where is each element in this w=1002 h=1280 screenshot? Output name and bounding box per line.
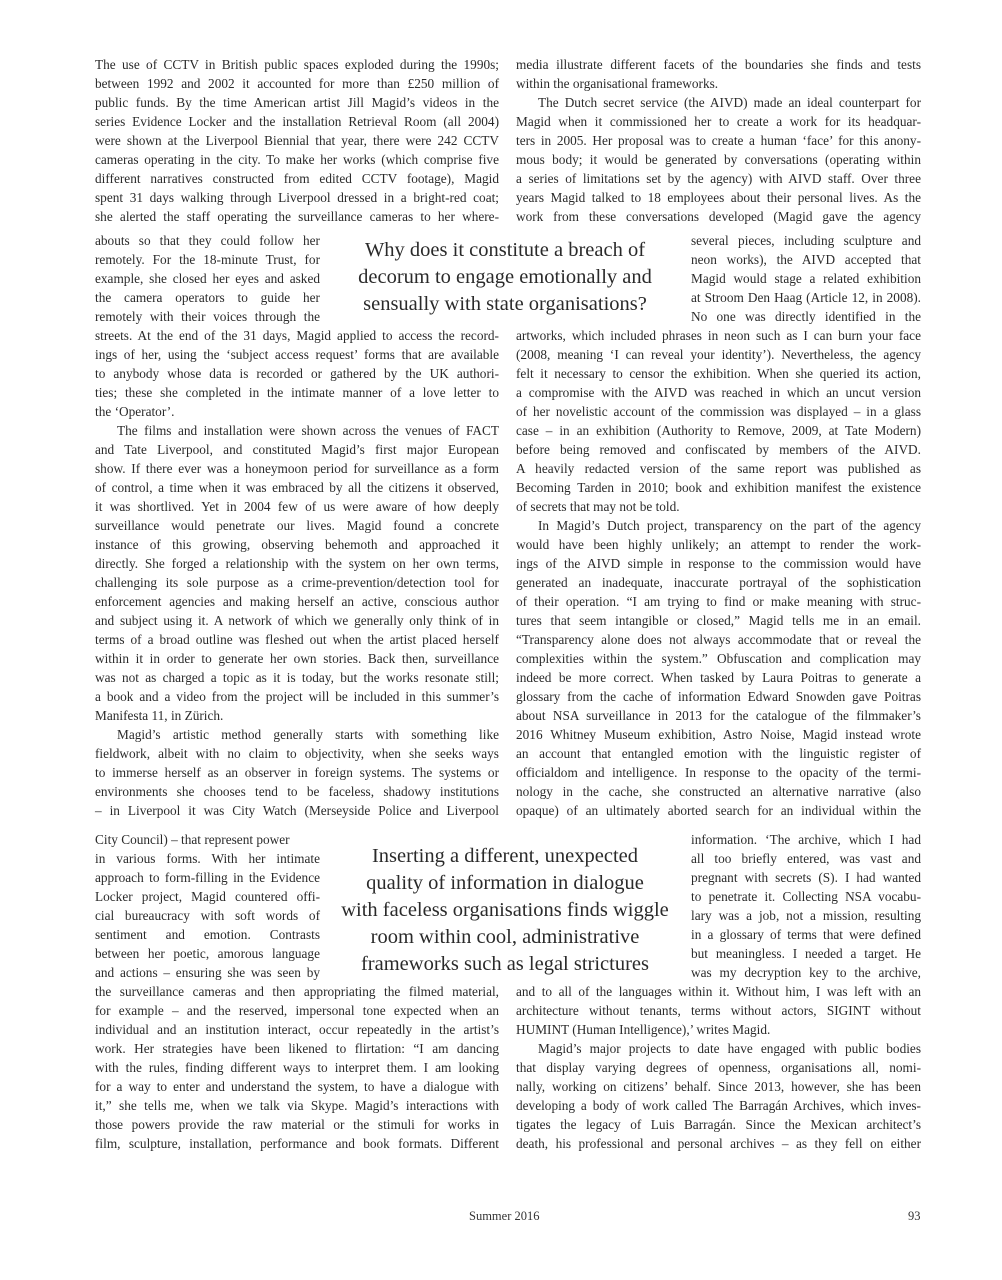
text-line: cial bureaucracy with soft words of (95, 906, 320, 925)
text-line: for example – and the reserved, imperson… (95, 1001, 499, 1020)
text-line: and to all of the languages within it. W… (516, 982, 921, 1001)
text-line: ings of the AIVD simple in response to t… (516, 554, 921, 573)
text-line: the ‘Operator’. (95, 402, 499, 421)
text-line: an account that entangled emotion with t… (516, 744, 921, 763)
text-line: of her novelistic account of the commiss… (516, 402, 921, 421)
text-line: fieldwork, albeit with no claim to objec… (95, 744, 499, 763)
text-line: remotely with their voices through the (95, 307, 320, 326)
text-line: sentiment and emotion. Contrasts (95, 925, 320, 944)
text-line: work from these conversations developed … (516, 207, 921, 226)
text-line: was my decryption key to the archive, (691, 963, 921, 982)
text-line: before being removed and confiscated by … (516, 440, 921, 459)
text-line: Magid’s artistic method generally starts… (95, 725, 499, 744)
pull-quote: Inserting a different, unexpectedquality… (330, 843, 680, 978)
text-line: pregnant with secrets (S). I had wanted (691, 868, 921, 887)
text-line: No one was directly identified in the (691, 307, 921, 326)
text-line: of control, a time when it was embraced … (95, 478, 499, 497)
footer-issue: Summer 2016 (469, 1209, 539, 1224)
text-line: The Dutch secret service (the AIVD) made… (516, 93, 921, 112)
pull-quote-line: quality of information in dialogue (330, 870, 680, 897)
text-line: complexities within the system.” Obfusca… (516, 649, 921, 668)
text-line: mous body; it would be generated by conv… (516, 150, 921, 169)
pull-quote-line: frameworks such as legal strictures (330, 951, 680, 978)
text-line: challenging its sole purpose as a crime-… (95, 573, 499, 592)
text-line: in a glossary of terms that were defined (691, 925, 921, 944)
text-line: media illustrate different facets of the… (516, 55, 921, 74)
text-line: A heavily redacted version of the same r… (516, 459, 921, 478)
text-line: series Evidence Locker and the installat… (95, 112, 499, 131)
text-line: remotely. For the 18-minute Trust, for (95, 250, 320, 269)
pull-quote-line: Inserting a different, unexpected (330, 843, 680, 870)
text-line: – in Liverpool it was City Watch (Mersey… (95, 801, 499, 820)
text-line: all too briefly entered, was vast and (691, 849, 921, 868)
text-line: enforcement agencies and making herself … (95, 592, 499, 611)
text-line: of secrets that may not be told. (516, 497, 921, 516)
text-line: in various forms. With her intimate (95, 849, 320, 868)
text-line: felt it necessary to censor the exhibiti… (516, 364, 921, 383)
text-line: instance of this growing, observing behe… (95, 535, 499, 554)
text-line: Becoming Tarden in 2010; book and exhibi… (516, 478, 921, 497)
text-line: Locker project, Magid countered offi- (95, 887, 320, 906)
text-line: “Transparency alone does not always acco… (516, 630, 921, 649)
text-line: to penetrate it. Collecting NSA vocabu- (691, 887, 921, 906)
text-line: cameras operating in the city. To make h… (95, 150, 499, 169)
text-line: example, she closed her eyes and asked (95, 269, 320, 288)
text-line: a book and a video from the project will… (95, 687, 499, 706)
text-line: it was shortlived. Yet in 2004 few of us… (95, 497, 499, 516)
text-line: developing a body of work called The Bar… (516, 1096, 921, 1115)
text-line: directly. She forged a relationship with… (95, 554, 499, 573)
text-line: spent 31 days walking through Liverpool … (95, 188, 499, 207)
text-line: ters in 2005. Her proposal was to create… (516, 131, 921, 150)
text-line: would have been highly unlikely; an atte… (516, 535, 921, 554)
text-line: indeed be more correct. When tasked by L… (516, 668, 921, 687)
text-line: was not as charged a topic as it is toda… (95, 668, 499, 687)
text-line: between her poetic, amorous language (95, 944, 320, 963)
pull-quote-line: with faceless organisations finds wiggle (330, 897, 680, 924)
text-line: 2016 Whitney Museum exhibition, Astro No… (516, 725, 921, 744)
text-line: a series of limitations set by the agenc… (516, 169, 921, 188)
text-line: lary was a job, not a mission, resulting (691, 906, 921, 925)
text-line: show. If there ever was a honeymoon peri… (95, 459, 499, 478)
text-line: different narratives constructed from ed… (95, 169, 499, 188)
text-line: with the rules, finding different ways t… (95, 1058, 499, 1077)
text-line: the surveillance cameras and then approp… (95, 982, 499, 1001)
text-line: information. ‘The archive, which I had (691, 830, 921, 849)
text-line: about NSA surveillance in 2013 for the c… (516, 706, 921, 725)
pull-quote-line: Why does it constitute a breach of (335, 237, 675, 264)
text-line: and subject using it. A network of which… (95, 611, 499, 630)
text-line: In Magid’s Dutch project, transparency o… (516, 516, 921, 535)
text-line: glossary from the cache of information E… (516, 687, 921, 706)
text-line: Magid when it commissioned her to create… (516, 112, 921, 131)
text-line: but meaningless. I needed a target. He (691, 944, 921, 963)
text-line: and actions – ensuring she was seen by (95, 963, 320, 982)
text-line: opaque) of an ultimately aborted search … (516, 801, 921, 820)
text-line: environments she chooses tend to be face… (95, 782, 499, 801)
text-line: several pieces, including sculpture and (691, 231, 921, 250)
text-line: public funds. By the time American artis… (95, 93, 499, 112)
text-line: architecture without tenants, terms with… (516, 1001, 921, 1020)
text-line: streets. At the end of the 31 days, Magi… (95, 326, 499, 345)
text-line: it,” she tells me, when we talk via Skyp… (95, 1096, 499, 1115)
text-line: and Tate Liverpool, and constituted Magi… (95, 440, 499, 459)
text-line: The films and installation were shown ac… (95, 421, 499, 440)
footer-page-number: 93 (908, 1209, 921, 1224)
text-line: for a way to enter and understand the sy… (95, 1077, 499, 1096)
text-line: nally, working on citizens’ behalf. Sinc… (516, 1077, 921, 1096)
text-line: approach to form-filling in the Evidence (95, 868, 320, 887)
text-line: were shown at the Liverpool Biennial tha… (95, 131, 499, 150)
text-line: (2008, meaning ‘I can reveal your identi… (516, 345, 921, 364)
text-line: the camera operators to guide her (95, 288, 320, 307)
text-line: artworks, which included phrases in neon… (516, 326, 921, 345)
text-line: nology in the cache, she constructed an … (516, 782, 921, 801)
text-line: those powers provide the raw material or… (95, 1115, 499, 1134)
text-line: within the organisational frameworks. (516, 74, 921, 93)
text-line: film, sculpture, installation, performan… (95, 1134, 499, 1153)
pull-quote: Why does it constitute a breach ofdecoru… (335, 237, 675, 318)
text-line: HUMINT (Human Intelligence),’ writes Mag… (516, 1020, 921, 1039)
text-line: Magid would stage a related exhibition (691, 269, 921, 288)
pull-quote-line: decorum to engage emotionally and (335, 264, 675, 291)
text-line: to immerse herself as an observer in for… (95, 763, 499, 782)
text-line: case – in an exhibition (Authority to Re… (516, 421, 921, 440)
text-line: generated an inadequate, inaccurate port… (516, 573, 921, 592)
pull-quote-line: sensually with state organisations? (335, 291, 675, 318)
text-line: terms of a broad outline was fleshed out… (95, 630, 499, 649)
text-line: surveillance would penetrate our lives. … (95, 516, 499, 535)
text-line: death, his professional and personal arc… (516, 1134, 921, 1153)
text-line: ings of her, using the ‘subject access r… (95, 345, 499, 364)
text-line: individual and an institution interact, … (95, 1020, 499, 1039)
text-line: at Stroom Den Haag (Article 12, in 2008)… (691, 288, 921, 307)
text-line: years Magid talked to 18 employees about… (516, 188, 921, 207)
text-line: work. Her strategies have been likened t… (95, 1039, 499, 1058)
text-line: Manifesta 11, in Zürich. (95, 706, 499, 725)
text-line: tigates the legacy of Luis Barragán. Sin… (516, 1115, 921, 1134)
text-line: abouts so that they could follow her (95, 231, 320, 250)
text-line: she alerted the staff operating the surv… (95, 207, 499, 226)
text-line: officialdom and intelligence. In respons… (516, 763, 921, 782)
text-line: neon works), the AIVD accepted that (691, 250, 921, 269)
text-line: that display varying degrees of openness… (516, 1058, 921, 1077)
text-line: within it in order to generate her own s… (95, 649, 499, 668)
text-line: The use of CCTV in British public spaces… (95, 55, 499, 74)
text-line: between 1992 and 2002 it accounted for m… (95, 74, 499, 93)
pull-quote-line: room within cool, administrative (330, 924, 680, 951)
text-line: tures that seem intangible or closed,” M… (516, 611, 921, 630)
text-line: to anybody whose data is recorded or gat… (95, 364, 499, 383)
text-line: ties; these she completed in the intimat… (95, 383, 499, 402)
text-line: of their operation. “I am trying to find… (516, 592, 921, 611)
text-line: Magid’s major projects to date have enga… (516, 1039, 921, 1058)
text-line: City Council) – that represent power (95, 830, 320, 849)
text-line: a compromise with the AIVD was reached i… (516, 383, 921, 402)
